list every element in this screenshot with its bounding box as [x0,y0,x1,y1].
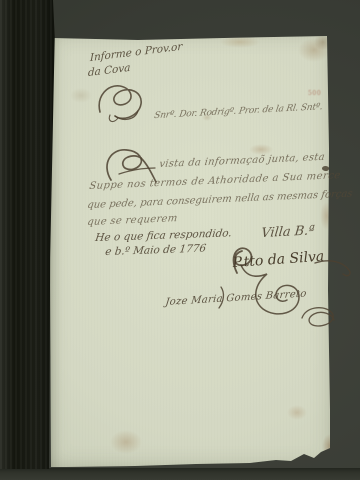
secondary-signature-rubric-icon [298,303,342,331]
folio-number: 500 [308,90,321,97]
paper-stain [314,34,332,50]
docket-rubric-icon [92,78,154,124]
paper-stain [298,38,330,62]
table-seam [0,468,360,480]
paper-stain [287,405,307,420]
decision-place: Villa B.ª [260,223,315,241]
paper-stain [110,430,142,454]
primary-signature-name: P.tto da Silva [231,249,325,271]
paper-stain [220,36,260,48]
binding-strip [0,0,57,469]
photo-background: Informe o Prov.or da Cova 500 Snrº. Dor.… [0,0,360,480]
paper-stain [322,434,337,458]
paper-stain [70,88,92,103]
paper-stain [320,202,333,230]
